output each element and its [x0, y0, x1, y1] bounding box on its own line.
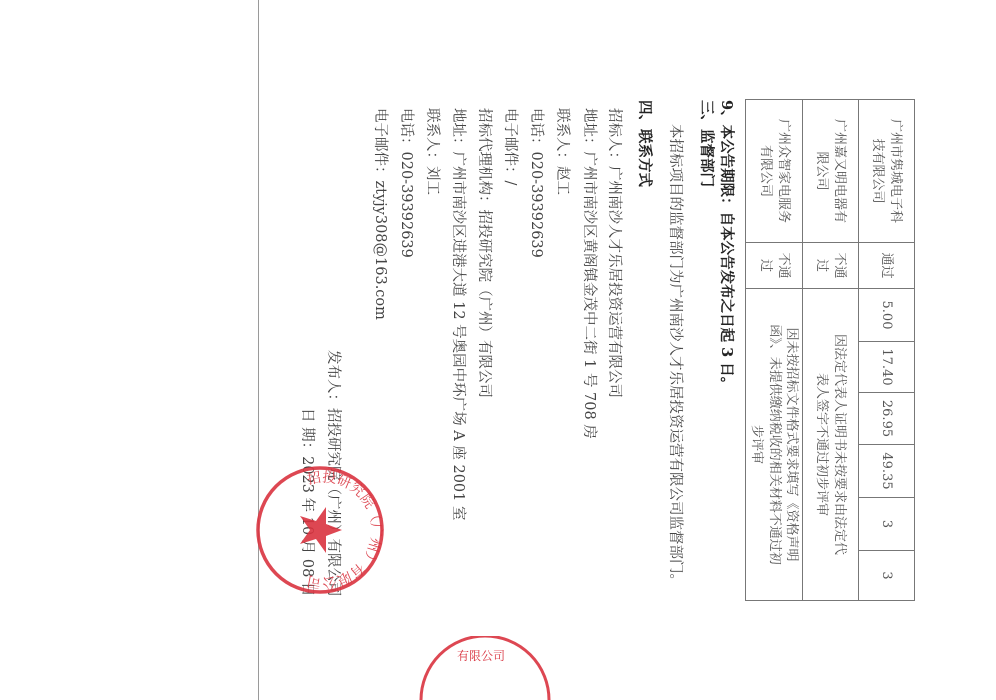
- agency-contact: 联系人：刘工: [425, 108, 440, 195]
- partial-stamp-icon: 有限公司: [419, 636, 551, 700]
- results-table: 广州市隽城电子科技有限公司 通过 5.00 17.40 26.95 49.35 …: [745, 99, 915, 601]
- official-stamp-icon: 招投研究院（广州）有限公司: [252, 462, 388, 598]
- company-cell: 广州市隽城电子科技有限公司: [859, 100, 915, 243]
- score-cell: 26.95: [859, 393, 915, 445]
- tenderer-phone: 电话：020-39392639: [529, 108, 544, 258]
- company-cell: 广州嘉又明电器有限公司: [803, 100, 859, 243]
- agency-email: 电子邮件：ztyjy308@163.com: [373, 108, 388, 320]
- agency: 招标代理机构：招投研究院（广州）有限公司: [477, 108, 492, 398]
- detail-cell: 因未按招标文件格式要求填写《资格声明函》、未提供缴纳税收的相关材料不通过初步评审: [746, 289, 803, 601]
- supervision-text: 本招标项目的监督部门为广州南沙人才乐居投资运营有限公司监督部门。: [668, 124, 683, 588]
- status-cell: 不通过: [803, 243, 859, 289]
- score-cell: 3: [859, 498, 915, 551]
- company-cell: 广州众智家电服务有限公司: [746, 100, 803, 243]
- table-row: 广州市隽城电子科技有限公司 通过 5.00 17.40 26.95 49.35 …: [859, 100, 915, 601]
- svg-text:有限公司: 有限公司: [457, 649, 505, 663]
- tenderer-email: 电子邮件：/: [503, 108, 518, 185]
- tenderer-contact: 联系人：赵工: [555, 108, 570, 195]
- score-cell: 5.00: [859, 289, 915, 342]
- agency-address: 地址：广州市南沙区进港大道 12 号奥园中环广场 A 座 2001 室: [451, 108, 466, 520]
- score-cell: 3: [859, 551, 915, 601]
- section-3-heading: 三、监督部门: [699, 100, 714, 187]
- document-page: 广州市隽城电子科技有限公司 通过 5.00 17.40 26.95 49.35 …: [0, 0, 996, 700]
- tenderer: 招标人：广州南沙人才乐居投资运营有限公司: [607, 108, 622, 398]
- detail-cell: 因法定代表人证明书未按要求由法定代表人签字不通过初步评审: [803, 289, 859, 601]
- table-row: 广州众智家电服务有限公司 不通过 因未按招标文件格式要求填写《资格声明函》、未提…: [746, 100, 803, 601]
- item-9-notice-period: 9、本公告期限：自本公告发布之日起 3 日。: [719, 100, 734, 391]
- tenderer-address: 地址：广州市南沙区黄阁镇金茂中二街 1 号 708 房: [582, 108, 597, 439]
- score-cell: 49.35: [859, 445, 915, 498]
- section-4-heading: 四、联系方式: [637, 100, 652, 187]
- agency-phone: 电话：020-39392639: [399, 108, 414, 258]
- status-cell: 通过: [859, 243, 915, 289]
- score-cell: 17.40: [859, 342, 915, 393]
- table-row: 广州嘉又明电器有限公司 不通过 因法定代表人证明书未按要求由法定代表人签字不通过…: [803, 100, 859, 601]
- status-cell: 不通过: [746, 243, 803, 289]
